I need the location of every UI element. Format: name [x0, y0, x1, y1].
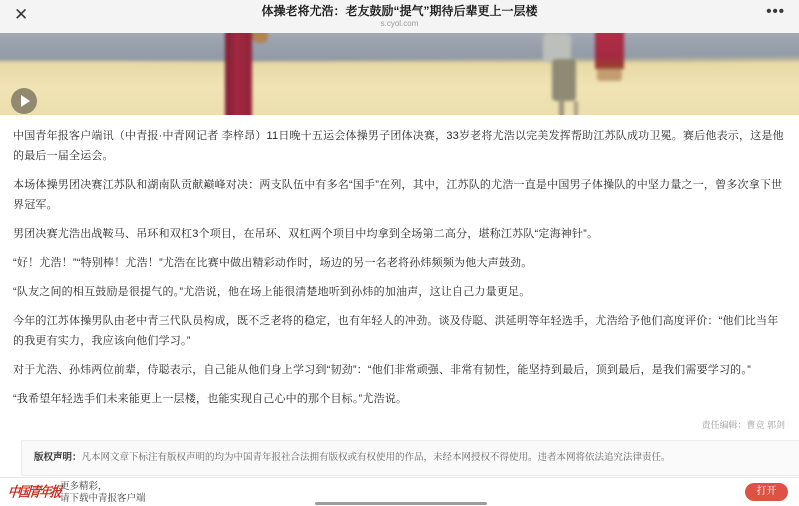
- gym-pole-left: [225, 33, 252, 115]
- article-body: 中国青年报客户端讯（中青报·中青网记者 李梓昂）11日晚十五运会体操男子团体决赛…: [0, 115, 799, 476]
- news-article-page: ✕ 体操老将尤浩：老友鼓励“提气”期待后辈更上一层楼 s.cyol.com ••…: [0, 0, 799, 506]
- gym-apparatus-leg: [559, 99, 564, 115]
- home-indicator-bar[interactable]: [315, 502, 487, 505]
- gym-apparatus-base: [552, 59, 576, 101]
- paragraph: “队友之间的相互鼓励是很提气的。”尤浩说，他在场上能很清楚地听到孙炜的加油声，这…: [13, 282, 786, 302]
- paragraph: 今年的江苏体操男队由老中青三代队员构成，既不乏老将的稳定，也有年轻人的冲劲。谈及…: [13, 311, 786, 351]
- paragraph: 对于尤浩、孙炜两位前辈，侍聪表示，自己能从他们身上学习到“韧劲”：“他们非常顽强…: [13, 360, 786, 380]
- play-icon: [21, 95, 30, 107]
- play-button[interactable]: [11, 88, 37, 114]
- paragraph: 中国青年报客户端讯（中青报·中青网记者 李梓昂）11日晚十五运会体操男子团体决赛…: [13, 126, 786, 166]
- gym-apparatus-leg: [574, 101, 578, 115]
- paragraph: 男团决赛尤浩出战鞍马、吊环和双杠3个项目，在吊环、双杠两个项目中均拿到全场第二高…: [13, 224, 786, 244]
- copyright-body: 凡本网文章下标注有版权声明的均为中国青年报社合法拥有版权或有权使用的作品，未经本…: [82, 452, 671, 463]
- download-promo-text: 更多精彩， 请下载中青报客户端: [60, 481, 146, 504]
- copyright-notice: 版权声明：凡本网文章下标注有版权声明的均为中国青年报社合法拥有版权或有权使用的作…: [21, 440, 799, 476]
- promo-line-1: 更多精彩，: [60, 481, 146, 493]
- gym-pole-right-base: [597, 67, 622, 81]
- editor-credit: 责任编辑：曹竞 郭剑: [13, 418, 785, 431]
- page-title: 体操老将尤浩：老友鼓励“提气”期待后辈更上一层楼: [0, 0, 799, 19]
- paragraph: 本场体操男团决赛江苏队和湖南队贡献巅峰对决：两支队伍中有多名“国手”在列，其中，…: [13, 175, 786, 215]
- more-menu-icon[interactable]: •••: [766, 3, 785, 20]
- close-icon[interactable]: ✕: [14, 5, 28, 25]
- arena-floor: [0, 62, 799, 115]
- video-player[interactable]: [0, 33, 799, 115]
- copyright-label: 版权声明：: [34, 452, 82, 463]
- cyd-logo: 中国青年报: [7, 481, 57, 504]
- browser-header: ✕ 体操老将尤浩：老友鼓励“提气”期待后辈更上一层楼 s.cyol.com ••…: [0, 0, 799, 33]
- paragraph: “我希望年轻选手们未来能更上一层楼，也能实现自己心中的那个目标。”尤浩说。: [13, 389, 786, 409]
- promo-line-2: 请下载中青报客户端: [60, 493, 146, 505]
- paragraph: “好！尤浩！”“特别棒！尤浩！”尤浩在比赛中做出精彩动作时，场边的另一名老将孙炜…: [13, 253, 786, 273]
- gym-equipment-blur: [252, 33, 268, 43]
- gym-pole-right: [595, 33, 624, 69]
- arena-wall: [0, 33, 799, 61]
- video-frame: [0, 33, 799, 115]
- page-domain: s.cyol.com: [0, 19, 799, 29]
- open-app-button[interactable]: 打开: [745, 483, 788, 501]
- copyright-text: 版权声明：凡本网文章下标注有版权声明的均为中国青年报社合法拥有版权或有权使用的作…: [34, 452, 791, 464]
